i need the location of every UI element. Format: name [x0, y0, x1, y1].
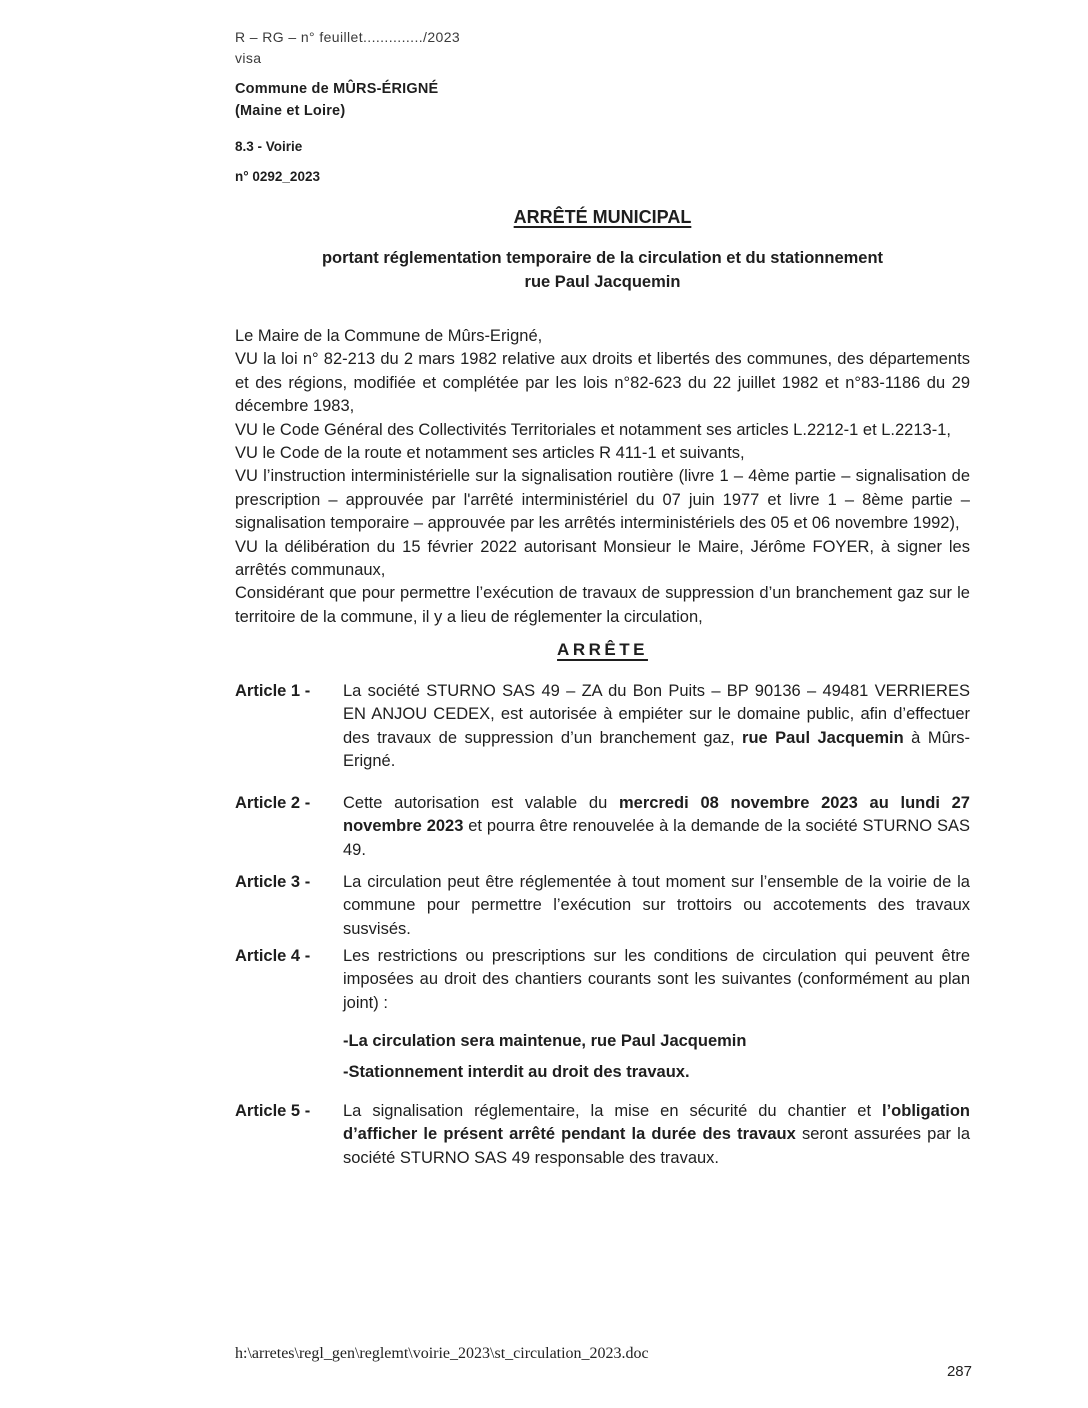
preamble-paragraph-vu-instruction: VU l’instruction interministérielle sur …	[235, 465, 970, 535]
subtitle-line-2: rue Paul Jacquemin	[235, 271, 970, 295]
main-title: ARRÊTÉ MUNICIPAL	[514, 207, 692, 227]
provision-bullet-circulation: -La circulation sera maintenue, rue Paul…	[343, 1030, 970, 1053]
article-3-body: La circulation peut être réglementée à t…	[343, 871, 970, 941]
article-2-label: Article 2 -	[235, 792, 343, 862]
preamble-paragraph-vu-loi: VU la loi n° 82-213 du 2 mars 1982 relat…	[235, 348, 970, 418]
subtitle-block: portant réglementation temporaire de la …	[235, 247, 970, 294]
article-3-label: Article 3 -	[235, 871, 343, 941]
provision-bullet-stationnement: -Stationnement interdit au droit des tra…	[343, 1061, 970, 1084]
document-page: R – RG – n° feuillet............../2023 …	[0, 0, 1088, 1408]
decree-heading-row: ARRÊTE	[235, 638, 970, 662]
file-path: h:\arretes\regl_gen\reglemt\voirie_2023\…	[235, 1344, 649, 1364]
decree-heading: ARRÊTE	[557, 640, 648, 659]
commune-block: Commune de MÛRS-ÉRIGNÉ (Maine et Loire)	[235, 78, 438, 122]
document-number: n° 0292_2023	[235, 169, 320, 184]
article-4-provisions: -La circulation sera maintenue, rue Paul…	[343, 1030, 970, 1085]
article-4-body: Les restrictions ou prescriptions sur le…	[343, 945, 970, 1015]
article-5: Article 5 - La signalisation réglementai…	[235, 1100, 970, 1170]
article-1-body: La société STURNO SAS 49 – ZA du Bon Pui…	[343, 680, 970, 774]
page-number: 287	[235, 1363, 972, 1380]
register-ref-line: R – RG – n° feuillet............../2023	[235, 27, 460, 48]
article-2-body: Cette autorisation est valable du mercre…	[343, 792, 970, 862]
preamble-paragraph-vu-code-route: VU le Code de la route et notamment ses …	[235, 442, 970, 465]
preamble-paragraph-mayor: Le Maire de la Commune de Mûrs-Erigné,	[235, 325, 970, 348]
article-1-label: Article 1 -	[235, 680, 343, 774]
commune-department: (Maine et Loire)	[235, 100, 438, 122]
commune-name: Commune de MÛRS-ÉRIGNÉ	[235, 78, 438, 100]
preamble-paragraph-considerant: Considérant que pour permettre l’exécuti…	[235, 582, 970, 629]
article-4-label: Article 4 -	[235, 945, 343, 1015]
preamble-paragraph-vu-deliberation: VU la délibération du 15 février 2022 au…	[235, 536, 970, 583]
preamble-paragraph-vu-cgct: VU le Code Général des Collectivités Ter…	[235, 419, 970, 442]
article-3: Article 3 - La circulation peut être rég…	[235, 871, 970, 941]
classification-code: 8.3 - Voirie	[235, 139, 302, 154]
register-reference-block: R – RG – n° feuillet............../2023 …	[235, 27, 460, 69]
article-5-label: Article 5 -	[235, 1100, 343, 1170]
visa-label: visa	[235, 48, 460, 69]
article-4: Article 4 - Les restrictions ou prescrip…	[235, 945, 970, 1015]
article-5-body: La signalisation réglementaire, la mise …	[343, 1100, 970, 1170]
article-1: Article 1 - La société STURNO SAS 49 – Z…	[235, 680, 970, 774]
article-2: Article 2 - Cette autorisation est valab…	[235, 792, 970, 862]
main-title-row: ARRÊTÉ MUNICIPAL	[235, 207, 970, 228]
preamble: Le Maire de la Commune de Mûrs-Erigné, V…	[235, 325, 970, 629]
subtitle-line-1: portant réglementation temporaire de la …	[235, 247, 970, 271]
